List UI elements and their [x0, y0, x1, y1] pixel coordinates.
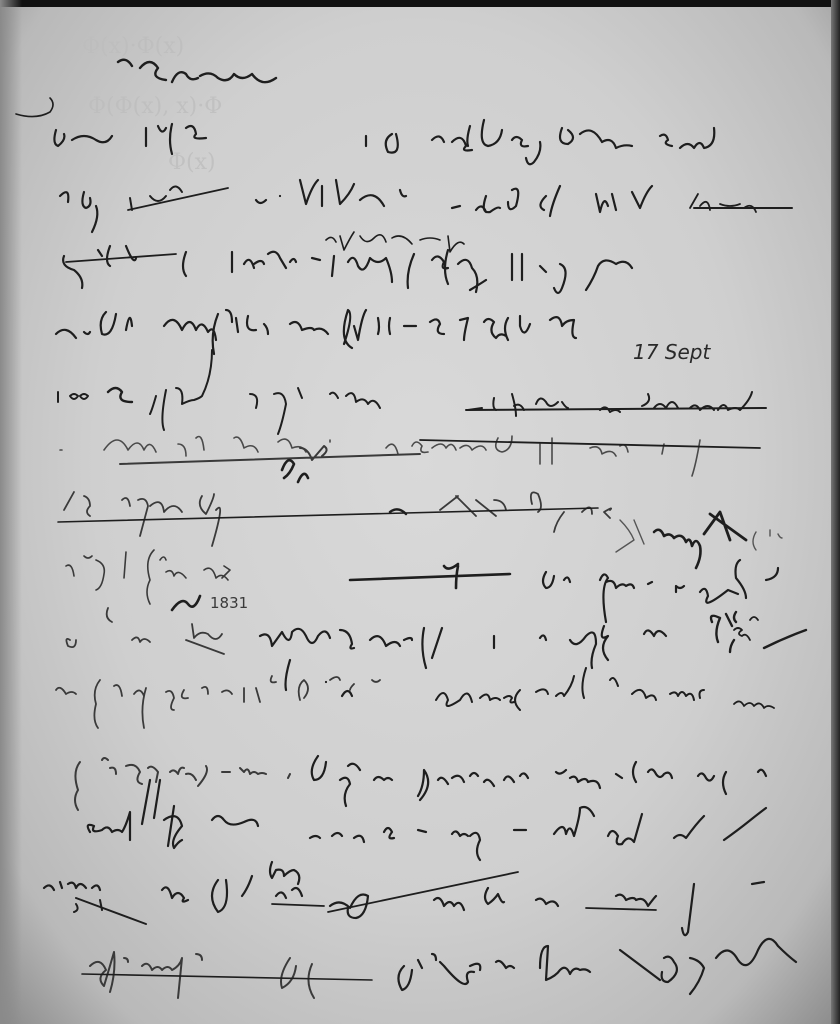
manuscript-page: Φ(x)·Φ(x) Φ(Φ(x), x)·Φ Φ(x) [0, 0, 840, 1024]
date-annotation: 17 Sept [633, 340, 710, 364]
year-annotation: 1831 [210, 594, 248, 612]
handwriting-strokes [0, 0, 840, 1024]
